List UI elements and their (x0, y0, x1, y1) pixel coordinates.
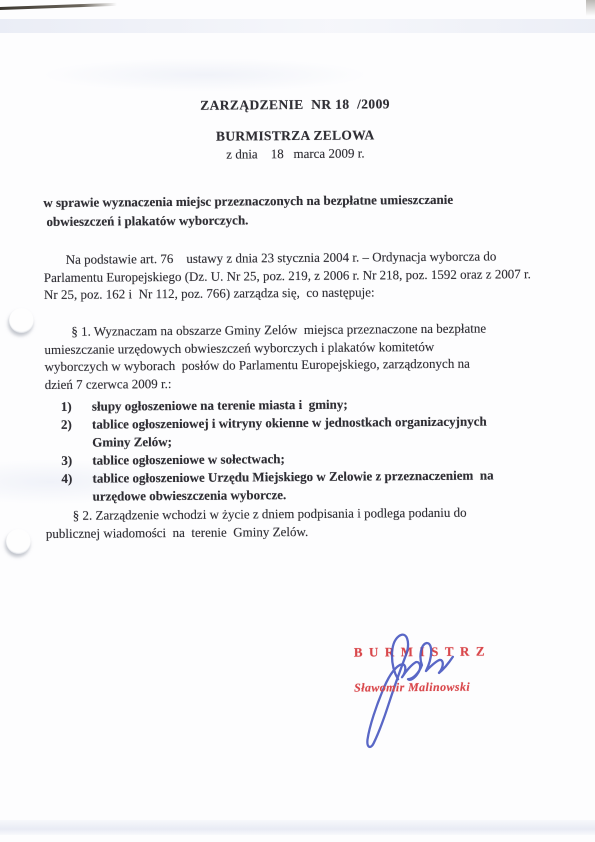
scanned-document-page: ZARZĄDZENIE NR 18 /2009 BURMISTRZA ZELOW… (0, 0, 595, 842)
list-item-number: 3) (61, 452, 92, 470)
legal-basis-paragraph: Na podstawie art. 76 ustawy z dnia 23 st… (44, 247, 559, 304)
list-item-text: słupy ogłoszeniowe na terenie miasta i g… (92, 396, 348, 416)
paragraph-2: § 2. Zarządzenie wchodzi w życie z dniem… (46, 503, 541, 542)
list-item-number: 2) (61, 416, 92, 452)
list-item-text: Gminy Zelów; (92, 431, 487, 452)
document-date: z dnia 18 marca 2009 r. (0, 143, 593, 165)
paragraph-1: § 1. Wyznaczam na obszarze Gminy Zelów m… (44, 319, 545, 393)
list-item-number: 1) (61, 398, 92, 416)
document-content: ZARZĄDZENIE NR 18 /2009 BURMISTRZA ZELOW… (0, 0, 595, 842)
subject-line: obwieszczeń i plakatów wyborczych. (43, 208, 558, 231)
designated-places-list: 1) słupy ogłoszeniowe na terenie miasta … (61, 394, 562, 506)
list-item: 2) tablice ogłoszeniowej i witryny okien… (61, 412, 561, 452)
list-item-text: tablice ogłoszeniowe w sołectwach; (92, 450, 285, 470)
subject-paragraph: w sprawie wyznaczenia miejsc przeznaczon… (43, 189, 558, 231)
list-item-text: tablice ogłoszeniowe Urzędu Miejskiego w… (92, 466, 493, 487)
legal-basis-line: Nr 25, poz. 162 i Nr 112, poz. 766) zarz… (44, 282, 559, 304)
list-item-text: urzędowe obwieszczenia wyborcze. (93, 484, 494, 505)
handwritten-signature-ink (340, 627, 491, 803)
paragraph-2-line: publicznej wiadomości na terenie Gminy Z… (46, 521, 541, 542)
mayor-stamp-name: Sławomir Malinowski (354, 680, 470, 696)
list-item: 4) tablice ogłoszeniowe Urzędu Miejskieg… (61, 466, 561, 506)
list-item-text: tablice ogłoszeniowej i witryny okienne … (92, 413, 487, 434)
document-title: ZARZĄDZENIE NR 18 /2009 (0, 94, 593, 116)
paragraph-1-line: dzień 7 czerwca 2009 r.: (45, 372, 545, 393)
list-item-number: 4) (61, 470, 92, 506)
